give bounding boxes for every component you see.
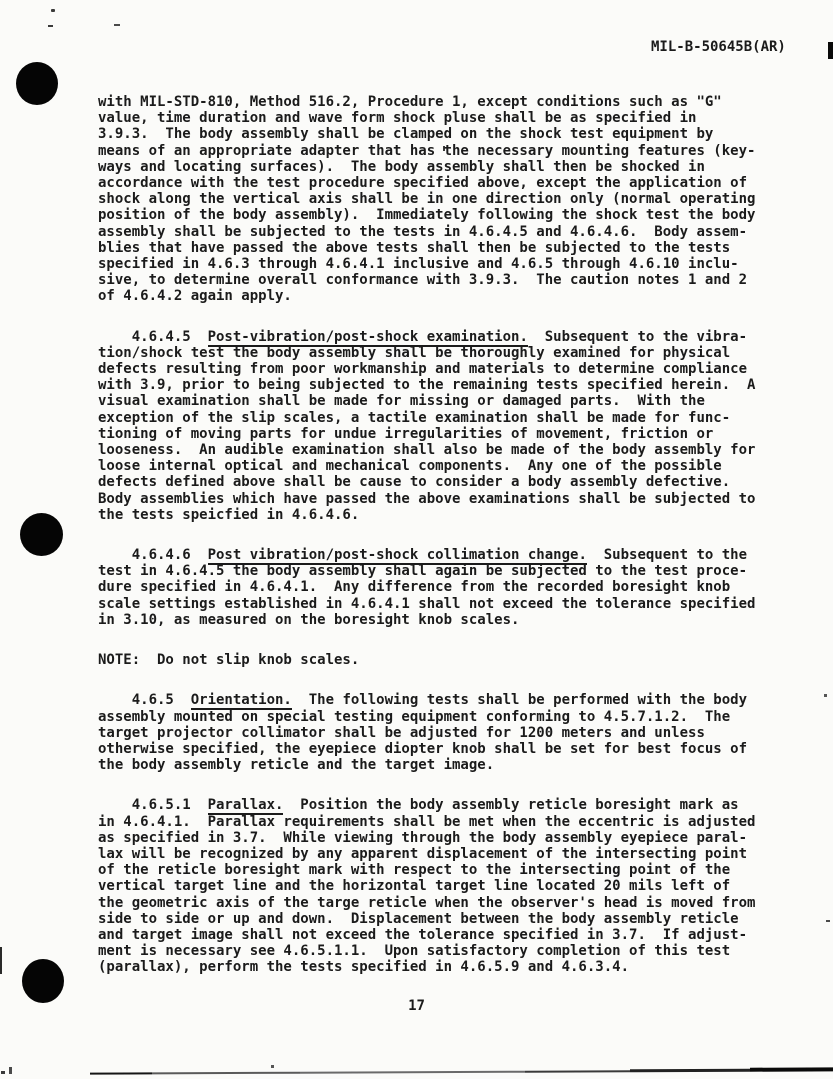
- text-line: 3.9.3. The body assembly shall be clampe…: [98, 126, 808, 142]
- text-line: position of the body assembly). Immediat…: [98, 207, 808, 223]
- text-line: lax will be recognized by any apparent d…: [98, 846, 808, 862]
- text-line: of 4.6.4.2 again apply.: [98, 288, 808, 304]
- text-line: in 3.10, as measured on the boresight kn…: [98, 612, 808, 628]
- text-line: scale settings established in 4.6.4.1 sh…: [98, 596, 808, 612]
- scan-line-segment: [300, 1071, 525, 1074]
- scan-line-segment: [525, 1070, 630, 1072]
- text-line: test in 4.6.4.5 the body assembly shall …: [98, 563, 808, 579]
- text-line: in 4.6.4.1. Parallax requirements shall …: [98, 814, 808, 830]
- text-line: tion/shock test the body assembly shall …: [98, 345, 808, 361]
- text-line: 4.6.5.1 Parallax. Position the body asse…: [98, 797, 808, 813]
- text-line: with MIL-STD-810, Method 516.2, Procedur…: [98, 94, 808, 110]
- text-line: ment is necessary see 4.6.5.1.1. Upon sa…: [98, 943, 808, 959]
- text-line: the body assembly reticle and the target…: [98, 757, 808, 773]
- text-line: 4.6.5 Orientation. The following tests s…: [98, 692, 808, 708]
- text-line: blies that have passed the above tests s…: [98, 240, 808, 256]
- scan-speck: [114, 24, 120, 26]
- hole-punch-mark: [22, 959, 64, 1003]
- text-line: 4.6.4.6 Post vibration/post-shock collim…: [98, 547, 808, 563]
- bottom-scan-line: [90, 1064, 833, 1075]
- text-line: vertical target line and the horizontal …: [98, 878, 808, 894]
- hole-punch-mark: [20, 513, 63, 556]
- text-line: with 3.9, prior to being subjected to th…: [98, 377, 808, 393]
- text-line: dure specified in 4.6.4.1. Any differenc…: [98, 579, 808, 595]
- text-line: assembly shall be subjected to the tests…: [98, 224, 808, 240]
- scan-speck: [1, 1071, 5, 1074]
- text-line: means of an appropriate adapter that has…: [98, 143, 808, 159]
- scanner-edge-mark: [0, 947, 2, 974]
- scan-speck: [824, 694, 827, 697]
- hole-punch-mark: [16, 62, 58, 105]
- text-line: NOTE: Do not slip knob scales.: [98, 652, 808, 668]
- text-line: the tests speicfied in 4.6.4.6.: [98, 507, 808, 523]
- scan-speck: [51, 9, 55, 12]
- text-line: defects resulting from poor workmanship …: [98, 361, 808, 377]
- text-line: ways and locating surfaces). The body as…: [98, 159, 808, 175]
- scan-line-segment: [630, 1069, 750, 1073]
- text-line: (parallax), perform the tests specified …: [98, 959, 808, 975]
- text-line: loose internal optical and mechanical co…: [98, 458, 808, 474]
- scan-line-segment: [152, 1072, 300, 1075]
- scan-line-segment: [90, 1072, 152, 1074]
- paragraph-note: NOTE: Do not slip knob scales.: [98, 652, 808, 668]
- text-line: otherwise specified, the eyepiece diopte…: [98, 741, 808, 757]
- scanner-edge-mark: [828, 42, 833, 59]
- text-line: side to side or up and down. Displacemen…: [98, 911, 808, 927]
- paragraph-4-6-5-1: 4.6.5.1 Parallax. Position the body asse…: [98, 797, 808, 975]
- text-body: with MIL-STD-810, Method 516.2, Procedur…: [98, 94, 808, 976]
- scan-speck: [9, 1067, 12, 1074]
- text-line: assembly mounted on special testing equi…: [98, 709, 808, 725]
- document-page: MIL-B-50645B(AR) with MIL-STD-810, Metho…: [0, 0, 833, 1079]
- text-line: value, time duration and wave form shock…: [98, 110, 808, 126]
- text-line: accordance with the test procedure speci…: [98, 175, 808, 191]
- text-line: target projector collimator shall be adj…: [98, 725, 808, 741]
- scan-speck: [48, 25, 53, 27]
- text-line: sive, to determine overall conformance w…: [98, 272, 808, 288]
- document-number-header: MIL-B-50645B(AR): [651, 39, 786, 55]
- text-line: and target image shall not exceed the to…: [98, 927, 808, 943]
- paragraph-continuation: with MIL-STD-810, Method 516.2, Procedur…: [98, 94, 808, 305]
- text-line: specified in 4.6.3 through 4.6.4.1 inclu…: [98, 256, 808, 272]
- paragraph-4-6-4-5: 4.6.4.5 Post-vibration/post-shock examin…: [98, 329, 808, 523]
- text-line: the geometric axis of the targe reticle …: [98, 895, 808, 911]
- text-line: defects defined above shall be cause to …: [98, 474, 808, 490]
- text-line: as specified in 3.7. While viewing throu…: [98, 830, 808, 846]
- text-line: of the reticle boresight mark with respe…: [98, 862, 808, 878]
- text-line: looseness. An audible examination shall …: [98, 442, 808, 458]
- text-line: tioning of moving parts for undue irregu…: [98, 426, 808, 442]
- scan-line-segment: [750, 1067, 833, 1071]
- paragraph-4-6-4-6: 4.6.4.6 Post vibration/post-shock collim…: [98, 547, 808, 628]
- text-line: Body assemblies which have passed the ab…: [98, 491, 808, 507]
- text-line: visual examination shall be made for mis…: [98, 393, 808, 409]
- text-line: shock along the vertical axis shall be i…: [98, 191, 808, 207]
- scan-speck: [826, 920, 830, 922]
- text-line: 4.6.4.5 Post-vibration/post-shock examin…: [98, 329, 808, 345]
- paragraph-4-6-5: 4.6.5 Orientation. The following tests s…: [98, 692, 808, 773]
- page-number: 17: [0, 998, 833, 1014]
- text-line: exception of the slip scales, a tactile …: [98, 410, 808, 426]
